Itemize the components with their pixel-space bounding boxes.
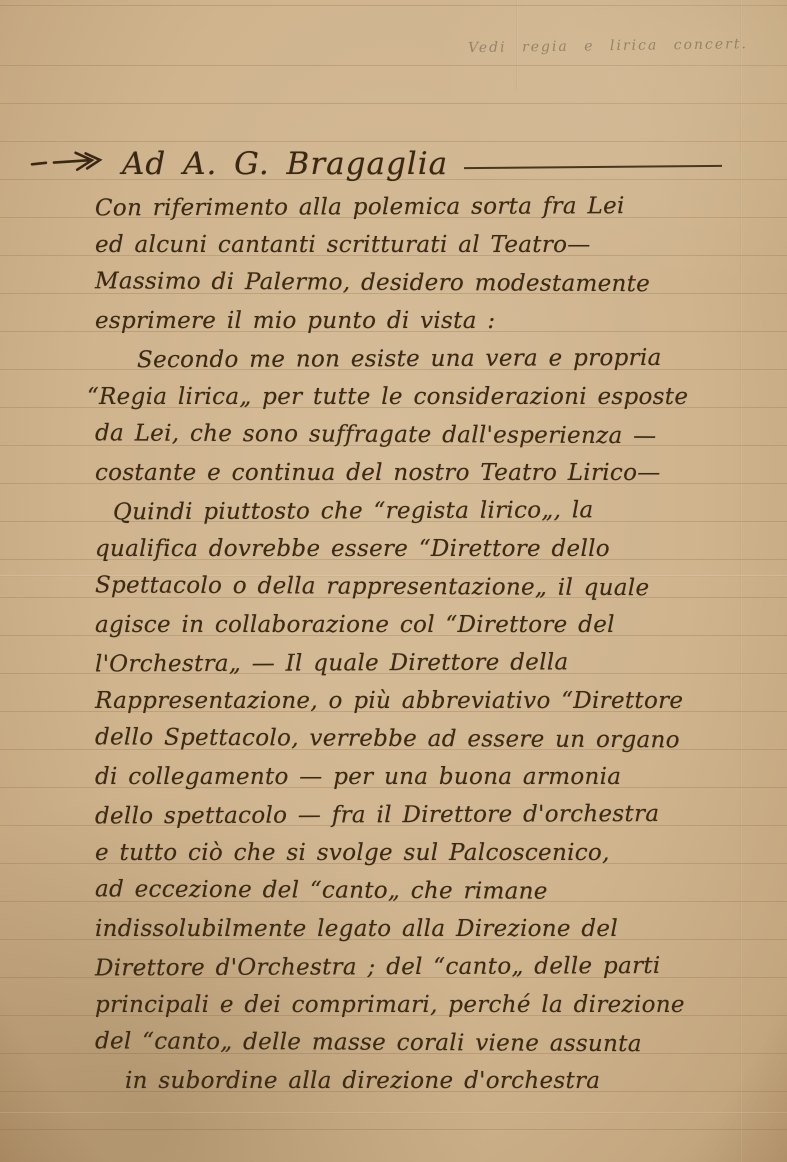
letter-line: l'Orchestra„ — Il quale Direttore della [95, 643, 745, 684]
letter-line: Quindi piuttosto che “regista lirico„, l… [95, 491, 745, 532]
margin-arrow-icon [30, 149, 109, 180]
letter-line: Direttore d'Orchestra ; del “canto„ dell… [95, 947, 745, 988]
letter-line: del “canto„ delle masse corali viene ass… [95, 1022, 745, 1063]
letter-page: Vedi regia e lirica concert. Ad A. G. Br… [0, 0, 787, 1162]
letter-line: ad eccezione del “canto„ che rimane [95, 870, 745, 911]
letter-line: principali e dei comprimari, perché la d… [95, 986, 745, 1024]
letter-line: Rappresentazione, o più abbreviativo “Di… [95, 682, 745, 720]
letter-line: costante e continua del nostro Teatro Li… [95, 454, 745, 492]
letter-line: esprimere il mio punto di vista : [95, 302, 745, 340]
letter-body: Con riferimento alla polemica sorta fra … [95, 188, 745, 1100]
salutation: Ad A. G. Bragaglia [122, 146, 448, 182]
letter-line: di collegamento — per una buona armonia [95, 758, 745, 796]
horizontal-crease [0, 1112, 787, 1114]
letter-line: e tutto ciò che si svolge sul Palcosceni… [95, 834, 745, 872]
scanned-letter: { "document": { "kind": "handwritten-let… [0, 0, 787, 1162]
letter-line: dello spettacolo — fra il Direttore d'or… [95, 795, 745, 836]
letter-line: Spettacolo o della rappresentazione„ il … [95, 566, 745, 607]
letter-line: agisce in collaborazione col “Direttore … [95, 606, 745, 644]
pencil-annotation: Vedi regia e lirica concert. [468, 36, 768, 56]
letter-line: da Lei, che sono suffragate dall'esperie… [95, 414, 745, 455]
letter-line: dello Spettacolo, verrebbe ad essere un … [95, 718, 745, 759]
letter-line: indissolubilmente legato alla Direzione … [95, 910, 745, 948]
letter-line: in subordine alla direzione d'orchestra [95, 1062, 745, 1100]
letter-line: Massimo di Palermo, desidero modestament… [95, 262, 745, 303]
letter-heading: Ad A. G. Bragaglia [30, 140, 730, 188]
letter-line: ed alcuni cantanti scritturati al Teatro… [95, 226, 745, 264]
letter-line: Con riferimento alla polemica sorta fra … [95, 187, 745, 228]
letter-line: “Regia lirica„ per tutte le considerazio… [87, 378, 745, 416]
letter-line: Secondo me non esiste una vera e propria [95, 339, 745, 380]
letter-line: qualifica dovrebbe essere “Direttore del… [95, 530, 745, 568]
title-dash [464, 165, 722, 169]
